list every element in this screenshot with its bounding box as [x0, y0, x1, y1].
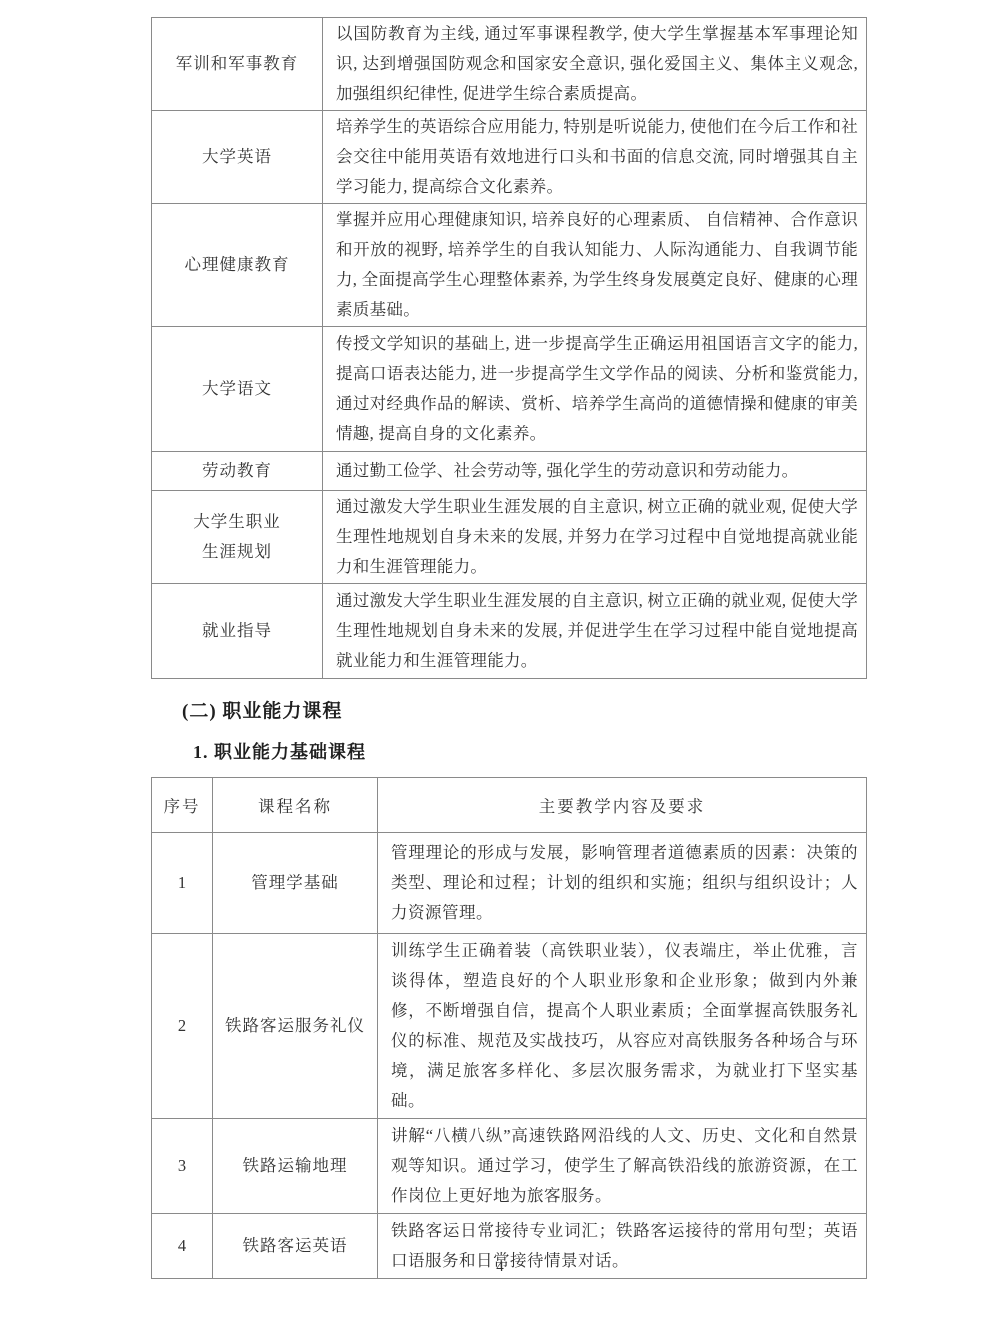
vocational-basic-courses-table: 序号 课程名称 主要教学内容及要求 1 管理学基础 管理理论的形成与发展，影响管…: [151, 777, 867, 1279]
course-name-cell: 铁路客运服务礼仪: [213, 934, 378, 1119]
course-description-cell: 通过激发大学生职业生涯发展的自主意识, 树立正确的就业观, 促使大学生理性地规划…: [323, 491, 867, 584]
table-header-row: 序号 课程名称 主要教学内容及要求: [152, 778, 867, 833]
table-row: 1 管理学基础 管理理论的形成与发展，影响管理者道德素质的因素：决策的类型、理论…: [152, 833, 867, 934]
course-name-cell: 军训和军事教育: [152, 18, 323, 111]
column-header-course-name: 课程名称: [213, 778, 378, 833]
course-description-cell: 训练学生正确着装（高铁职业装），仪表端庄，举止优雅，言谈得体，塑造良好的个人职业…: [378, 934, 867, 1119]
general-courses-table: 军训和军事教育 以国防教育为主线, 通过军事课程教学, 使大学生掌握基本军事理论…: [151, 17, 867, 679]
course-description-cell: 掌握并应用心理健康知识, 培养良好的心理素质、 自信精神、合作意识和开放的视野,…: [323, 204, 867, 327]
section-subheading: 1. 职业能力基础课程: [193, 738, 366, 764]
course-name-cell: 劳动教育: [152, 452, 323, 491]
table-row: 心理健康教育 掌握并应用心理健康知识, 培养良好的心理素质、 自信精神、合作意识…: [152, 204, 867, 327]
course-name-cell: 大学英语: [152, 111, 323, 204]
section-heading: (二) 职业能力课程: [182, 696, 342, 723]
course-description-cell: 通过激发大学生职业生涯发展的自主意识, 树立正确的就业观, 促使大学生理性地规划…: [323, 584, 867, 679]
course-description-cell: 培养学生的英语综合应用能力, 特别是听说能力, 使他们在今后工作和社会交往中能用…: [323, 111, 867, 204]
course-name-cell: 管理学基础: [213, 833, 378, 934]
table-row: 2 铁路客运服务礼仪 训练学生正确着装（高铁职业装），仪表端庄，举止优雅，言谈得…: [152, 934, 867, 1119]
table-row: 3 铁路运输地理 讲解“八横八纵”高速铁路网沿线的人文、历史、文化和自然景观等知…: [152, 1119, 867, 1214]
row-number-cell: 1: [152, 833, 213, 934]
page-number: 4: [0, 1259, 1000, 1276]
course-description-cell: 以国防教育为主线, 通过军事课程教学, 使大学生掌握基本军事理论知识, 达到增强…: [323, 18, 867, 111]
course-description-cell: 管理理论的形成与发展，影响管理者道德素质的因素：决策的类型、理论和过程；计划的组…: [378, 833, 867, 934]
course-name-cell: 大学语文: [152, 327, 323, 452]
table-row: 大学英语 培养学生的英语综合应用能力, 特别是听说能力, 使他们在今后工作和社会…: [152, 111, 867, 204]
course-description-cell: 通过勤工俭学、社会劳动等, 强化学生的劳动意识和劳动能力。: [323, 452, 867, 491]
column-header-number: 序号: [152, 778, 213, 833]
row-number-cell: 3: [152, 1119, 213, 1214]
table-row: 大学生职业 生涯规划 通过激发大学生职业生涯发展的自主意识, 树立正确的就业观,…: [152, 491, 867, 584]
course-description-cell: 讲解“八横八纵”高速铁路网沿线的人文、历史、文化和自然景观等知识。通过学习，使学…: [378, 1119, 867, 1214]
course-name-cell: 铁路运输地理: [213, 1119, 378, 1214]
course-description-cell: 传授文学知识的基础上, 进一步提高学生正确运用祖国语言文字的能力, 提高口语表达…: [323, 327, 867, 452]
course-name-cell: 心理健康教育: [152, 204, 323, 327]
column-header-content: 主要教学内容及要求: [378, 778, 867, 833]
table-row: 就业指导 通过激发大学生职业生涯发展的自主意识, 树立正确的就业观, 促使大学生…: [152, 584, 867, 679]
course-name-cell: 就业指导: [152, 584, 323, 679]
document-page: 军训和军事教育 以国防教育为主线, 通过军事课程教学, 使大学生掌握基本军事理论…: [0, 0, 1000, 1333]
course-name-cell: 大学生职业 生涯规划: [152, 491, 323, 584]
row-number-cell: 2: [152, 934, 213, 1119]
table-row: 军训和军事教育 以国防教育为主线, 通过军事课程教学, 使大学生掌握基本军事理论…: [152, 18, 867, 111]
table-row: 劳动教育 通过勤工俭学、社会劳动等, 强化学生的劳动意识和劳动能力。: [152, 452, 867, 491]
table-row: 大学语文 传授文学知识的基础上, 进一步提高学生正确运用祖国语言文字的能力, 提…: [152, 327, 867, 452]
